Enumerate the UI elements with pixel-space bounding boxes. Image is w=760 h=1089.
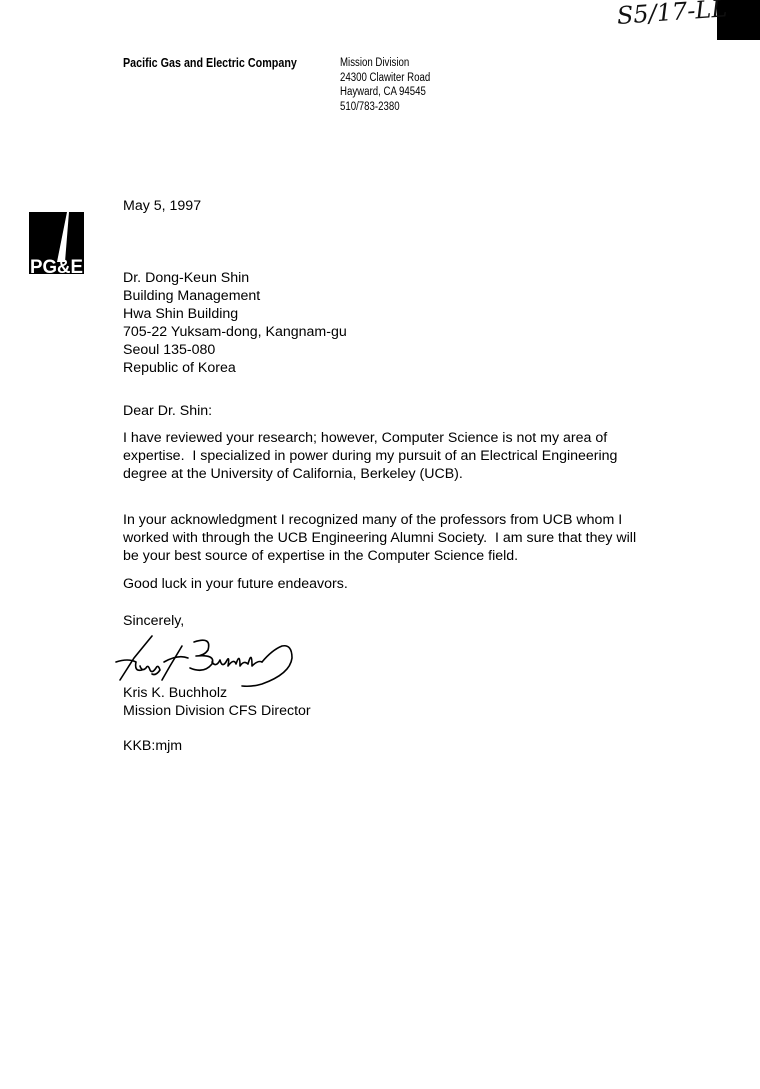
logo-text: PG&E — [30, 257, 83, 274]
reference-initials: KKB:mjm — [123, 737, 182, 755]
recipient-line: Republic of Korea — [123, 359, 347, 377]
signer-block: Kris K. Buchholz Mission Division CFS Di… — [123, 684, 311, 720]
paragraph-line: Good luck in your future endeavors. — [123, 575, 348, 593]
paragraph-line: worked with through the UCB Engineering … — [123, 529, 636, 547]
signer-name: Kris K. Buchholz — [123, 684, 311, 702]
paragraph-line: In your acknowledgment I recognized many… — [123, 511, 636, 529]
body-paragraph: In your acknowledgment I recognized many… — [123, 511, 636, 565]
division-address: Mission Division 24300 Clawiter Road Hay… — [340, 56, 430, 114]
signer-title: Mission Division CFS Director — [123, 702, 311, 720]
salutation: Dear Dr. Shin: — [123, 402, 212, 420]
paragraph-line: be your best source of expertise in the … — [123, 547, 636, 565]
handwritten-annotation: S5/17-LL — [616, 0, 728, 30]
recipient-line: Hwa Shin Building — [123, 305, 347, 323]
paragraph-line: I have reviewed your research; however, … — [123, 429, 617, 447]
body-paragraph: Good luck in your future endeavors. — [123, 575, 348, 593]
closing: Sincerely, — [123, 612, 184, 630]
division-line: 24300 Clawiter Road — [340, 71, 430, 86]
pge-logo: PG&E — [29, 212, 84, 274]
company-name: Pacific Gas and Electric Company — [123, 56, 297, 70]
paragraph-line: expertise. I specialized in power during… — [123, 447, 617, 465]
paragraph-line: degree at the University of California, … — [123, 465, 617, 483]
division-line: Hayward, CA 94545 — [340, 85, 430, 100]
division-line: 510/783-2380 — [340, 100, 430, 115]
letter-date: May 5, 1997 — [123, 197, 201, 215]
division-line: Mission Division — [340, 56, 430, 71]
body-paragraph: I have reviewed your research; however, … — [123, 429, 617, 483]
recipient-line: Seoul 135-080 — [123, 341, 347, 359]
recipient-line: Building Management — [123, 287, 347, 305]
recipient-address: Dr. Dong-Keun Shin Building Management H… — [123, 269, 347, 377]
recipient-line: Dr. Dong-Keun Shin — [123, 269, 347, 287]
recipient-line: 705-22 Yuksam-dong, Kangnam-gu — [123, 323, 347, 341]
